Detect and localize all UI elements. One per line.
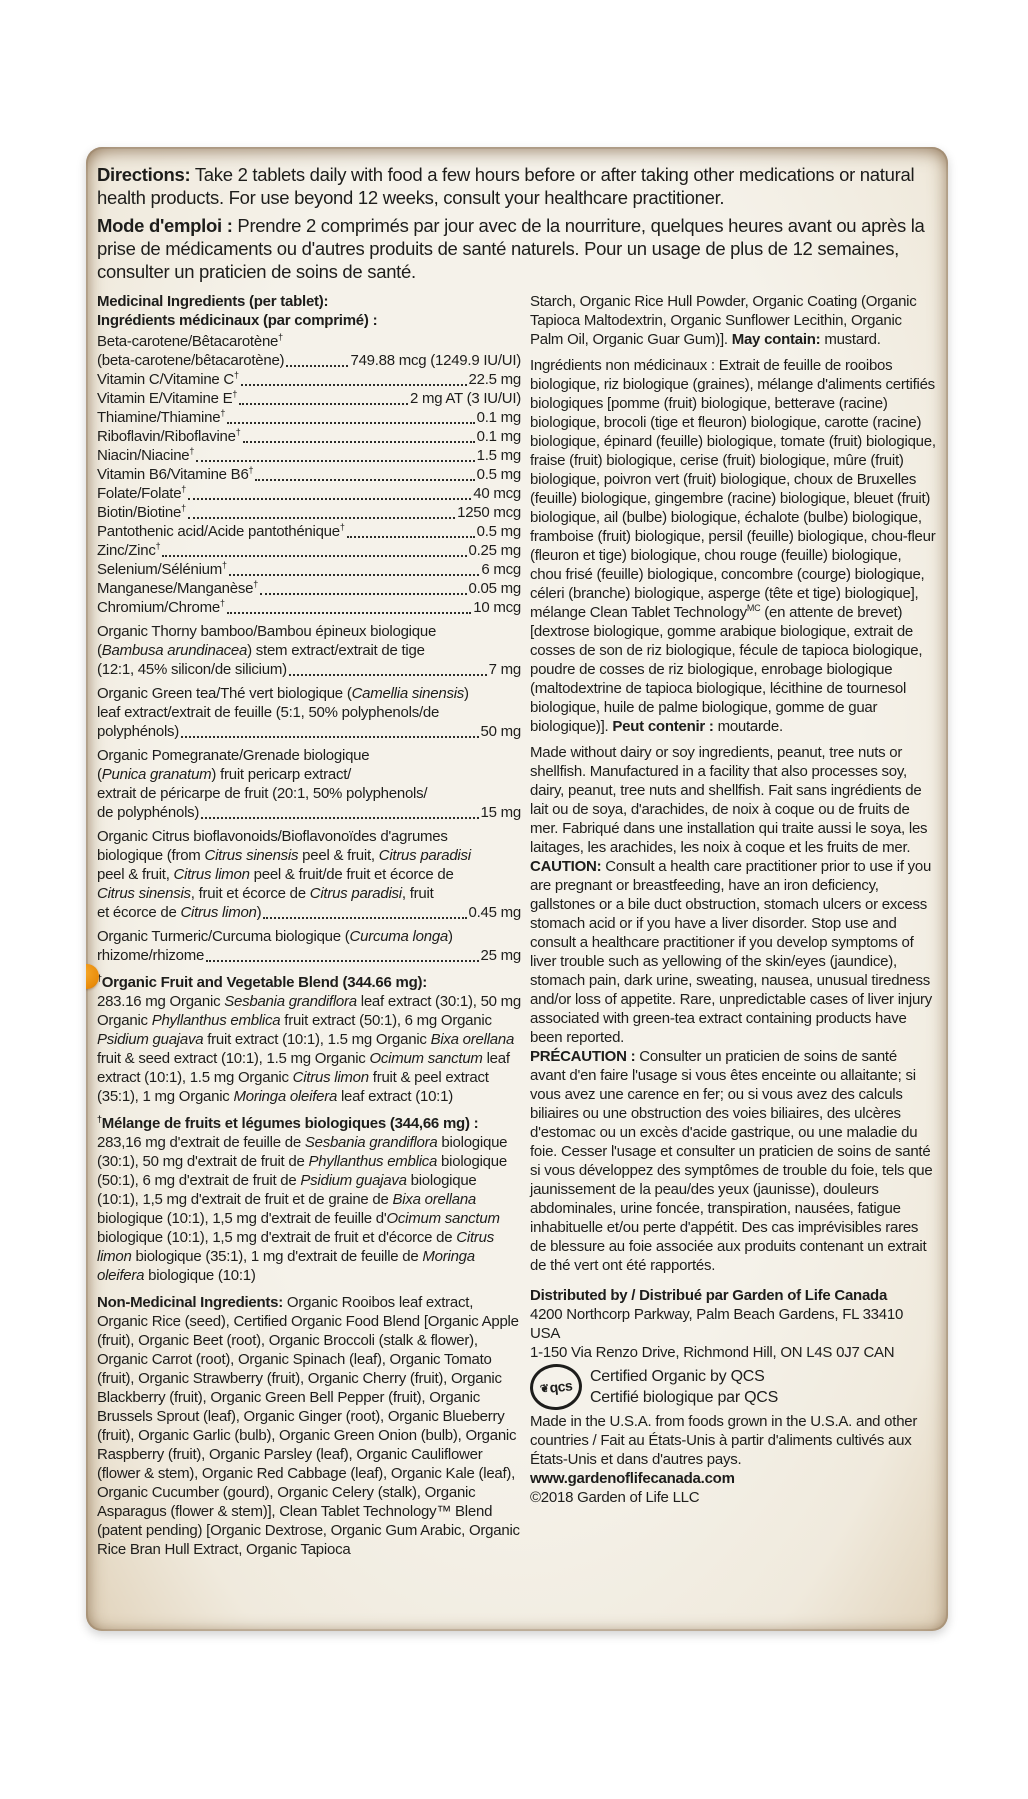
ingredient-amount: 1250 mcg bbox=[457, 503, 521, 522]
directions-en: Directions: Take 2 tablets daily with fo… bbox=[97, 163, 936, 209]
medicinal-row: Beta-carotene/Bêtacarotène†(beta-caroten… bbox=[97, 332, 521, 370]
medicinal-row: Niacin/Niacine†1.5 mg bbox=[97, 446, 521, 465]
ingredient-amount: 25 mg bbox=[481, 946, 521, 965]
distributor-line: Distributed by / Distribué par Garden of… bbox=[530, 1286, 936, 1305]
made-in-statement: Made in the U.S.A. from foods grown in t… bbox=[530, 1412, 936, 1488]
dotted-leader bbox=[229, 573, 480, 576]
ingredient-amount: 10 mcg bbox=[473, 598, 521, 617]
dotted-leader bbox=[239, 402, 408, 405]
medicinal-row: Organic Turmeric/Curcuma biologique (Cur… bbox=[97, 927, 521, 965]
dotted-leader bbox=[227, 421, 475, 424]
qcs-leaf-glyph: ❦ bbox=[539, 1381, 549, 1395]
medicinal-row: Riboflavin/Riboflavine†0.1 mg bbox=[97, 427, 521, 446]
supplement-label-panel: Directions: Take 2 tablets daily with fo… bbox=[86, 147, 948, 1631]
ingredient-amount: 50 mg bbox=[481, 722, 521, 741]
dotted-leader bbox=[263, 916, 466, 919]
cert-en: Certified Organic by QCS bbox=[590, 1366, 778, 1387]
ingredient-amount: 0.5 mg bbox=[477, 465, 521, 484]
dotted-leader bbox=[260, 592, 467, 595]
qcs-organic-seal-icon: ❦qcs bbox=[528, 1361, 585, 1412]
medicinal-row: Organic Green tea/Thé vert biologique (C… bbox=[97, 684, 521, 741]
dotted-leader bbox=[227, 611, 472, 614]
ingredient-amount: 2 mg AT (3 IU/UI) bbox=[410, 389, 521, 408]
dotted-leader bbox=[181, 735, 478, 738]
dotted-leader bbox=[255, 478, 474, 481]
left-column: Medicinal Ingredients (per tablet): Ingr… bbox=[97, 292, 521, 1559]
cert-fr: Certifié biologique par QCS bbox=[590, 1387, 778, 1408]
ingredient-amount: 6 mcg bbox=[481, 560, 521, 579]
dotted-leader bbox=[201, 816, 478, 819]
medicinal-row: Vitamin B6/Vitamine B6†0.5 mg bbox=[97, 465, 521, 484]
blend-body-en: 283.16 mg Organic Sesbania grandiflora l… bbox=[97, 992, 521, 1106]
medicinal-row: Zinc/Zinc†0.25 mg bbox=[97, 541, 521, 560]
medicinal-row: Vitamin E/Vitamine E†2 mg AT (3 IU/UI) bbox=[97, 389, 521, 408]
blend-body-fr: 283,16 mg d'extrait de feuille de Sesban… bbox=[97, 1133, 521, 1285]
medicinal-ingredients-list: Beta-carotene/Bêtacarotène†(beta-caroten… bbox=[97, 332, 521, 965]
dotted-leader bbox=[347, 535, 475, 538]
qcs-seal-text: qcs bbox=[549, 1377, 573, 1395]
dotted-leader bbox=[286, 364, 348, 367]
ingredient-amount: 0.1 mg bbox=[477, 408, 521, 427]
caution-en: CAUTION: Consult a health care practitio… bbox=[530, 857, 936, 1047]
dotted-leader bbox=[162, 554, 466, 557]
dotted-leader bbox=[188, 497, 471, 500]
non-medicinal-en: Non-Medicinal Ingredients: Organic Rooib… bbox=[97, 1293, 521, 1559]
medicinal-row: Manganese/Manganèse†0.05 mg bbox=[97, 579, 521, 598]
ingredient-amount: 0.05 mg bbox=[469, 579, 521, 598]
medicinal-row: Thiamine/Thiamine†0.1 mg bbox=[97, 408, 521, 427]
medicinal-row: Biotin/Biotine†1250 mcg bbox=[97, 503, 521, 522]
dotted-leader bbox=[243, 440, 475, 443]
medicinal-row: Organic Pomegranate/Grenade biologique(P… bbox=[97, 746, 521, 822]
ingredient-amount: 1.5 mg bbox=[477, 446, 521, 465]
dotted-leader bbox=[241, 383, 467, 386]
directions-fr: Mode d'emploi : Prendre 2 comprimés par … bbox=[97, 214, 936, 283]
medicinal-row: Chromium/Chrome†10 mcg bbox=[97, 598, 521, 617]
right-column: Starch, Organic Rice Hull Powder, Organi… bbox=[530, 292, 936, 1559]
caution-fr: PRÉCAUTION : Consulter un praticien de s… bbox=[530, 1047, 936, 1275]
ingredient-amount: 7 mg bbox=[489, 660, 521, 679]
ingredient-amount: 40 mcg bbox=[473, 484, 521, 503]
medicinal-row: Organic Citrus bioflavonoids/Bioflavonoï… bbox=[97, 827, 521, 922]
ingredient-amount: 0.45 mg bbox=[469, 903, 521, 922]
medicinal-row: Pantothenic acid/Acide pantothénique†0.5… bbox=[97, 522, 521, 541]
dotted-leader bbox=[196, 459, 475, 462]
certification-lines: Certified Organic by QCS Certifié biolog… bbox=[590, 1366, 778, 1408]
copyright-line: ©2018 Garden of Life LLC bbox=[530, 1488, 936, 1507]
ingredient-amount: 0.5 mg bbox=[477, 522, 521, 541]
label-photo-page: { "colors": { "paper": "#f3efe6", "text"… bbox=[0, 0, 1028, 1799]
ingredient-amount: 0.1 mg bbox=[477, 427, 521, 446]
blend-header-fr: †Mélange de fruits et légumes biologique… bbox=[97, 1114, 521, 1133]
dotted-leader bbox=[188, 516, 455, 519]
non-medicinal-en-continued: Starch, Organic Rice Hull Powder, Organi… bbox=[530, 292, 936, 349]
medicinal-row: Folate/Folate†40 mcg bbox=[97, 484, 521, 503]
medicinal-row: Selenium/Sélénium†6 mcg bbox=[97, 560, 521, 579]
address-us: 4200 Northcorp Parkway, Palm Beach Garde… bbox=[530, 1305, 936, 1343]
distributor-section: Distributed by / Distribué par Garden of… bbox=[530, 1286, 936, 1507]
medicinal-header-en: Medicinal Ingredients (per tablet): bbox=[97, 292, 521, 311]
non-medicinal-fr: Ingrédients non médicinaux : Extrait de … bbox=[530, 356, 936, 736]
ingredient-amount: 15 mg bbox=[481, 803, 521, 822]
blend-header-en: †Organic Fruit and Vegetable Blend (344.… bbox=[97, 973, 521, 992]
medicinal-row: Vitamin C/Vitamine C†22.5 mg bbox=[97, 370, 521, 389]
ingredient-amount: 0.25 mg bbox=[469, 541, 521, 560]
medicinal-header-fr: Ingrédients médicinaux (par comprimé) : bbox=[97, 311, 521, 330]
medicinal-row: Organic Thorny bamboo/Bambou épineux bio… bbox=[97, 622, 521, 679]
address-ca: 1-150 Via Renzo Drive, Richmond Hill, ON… bbox=[530, 1343, 936, 1362]
ingredient-amount: 22.5 mg bbox=[469, 370, 521, 389]
ingredient-amount: 749.88 mcg (1249.9 IU/UI) bbox=[350, 351, 521, 370]
dotted-leader bbox=[206, 959, 478, 962]
allergen-statement: Made without dairy or soy ingredients, p… bbox=[530, 743, 936, 857]
directions-section: Directions: Take 2 tablets daily with fo… bbox=[97, 163, 936, 283]
dotted-leader bbox=[289, 673, 487, 676]
